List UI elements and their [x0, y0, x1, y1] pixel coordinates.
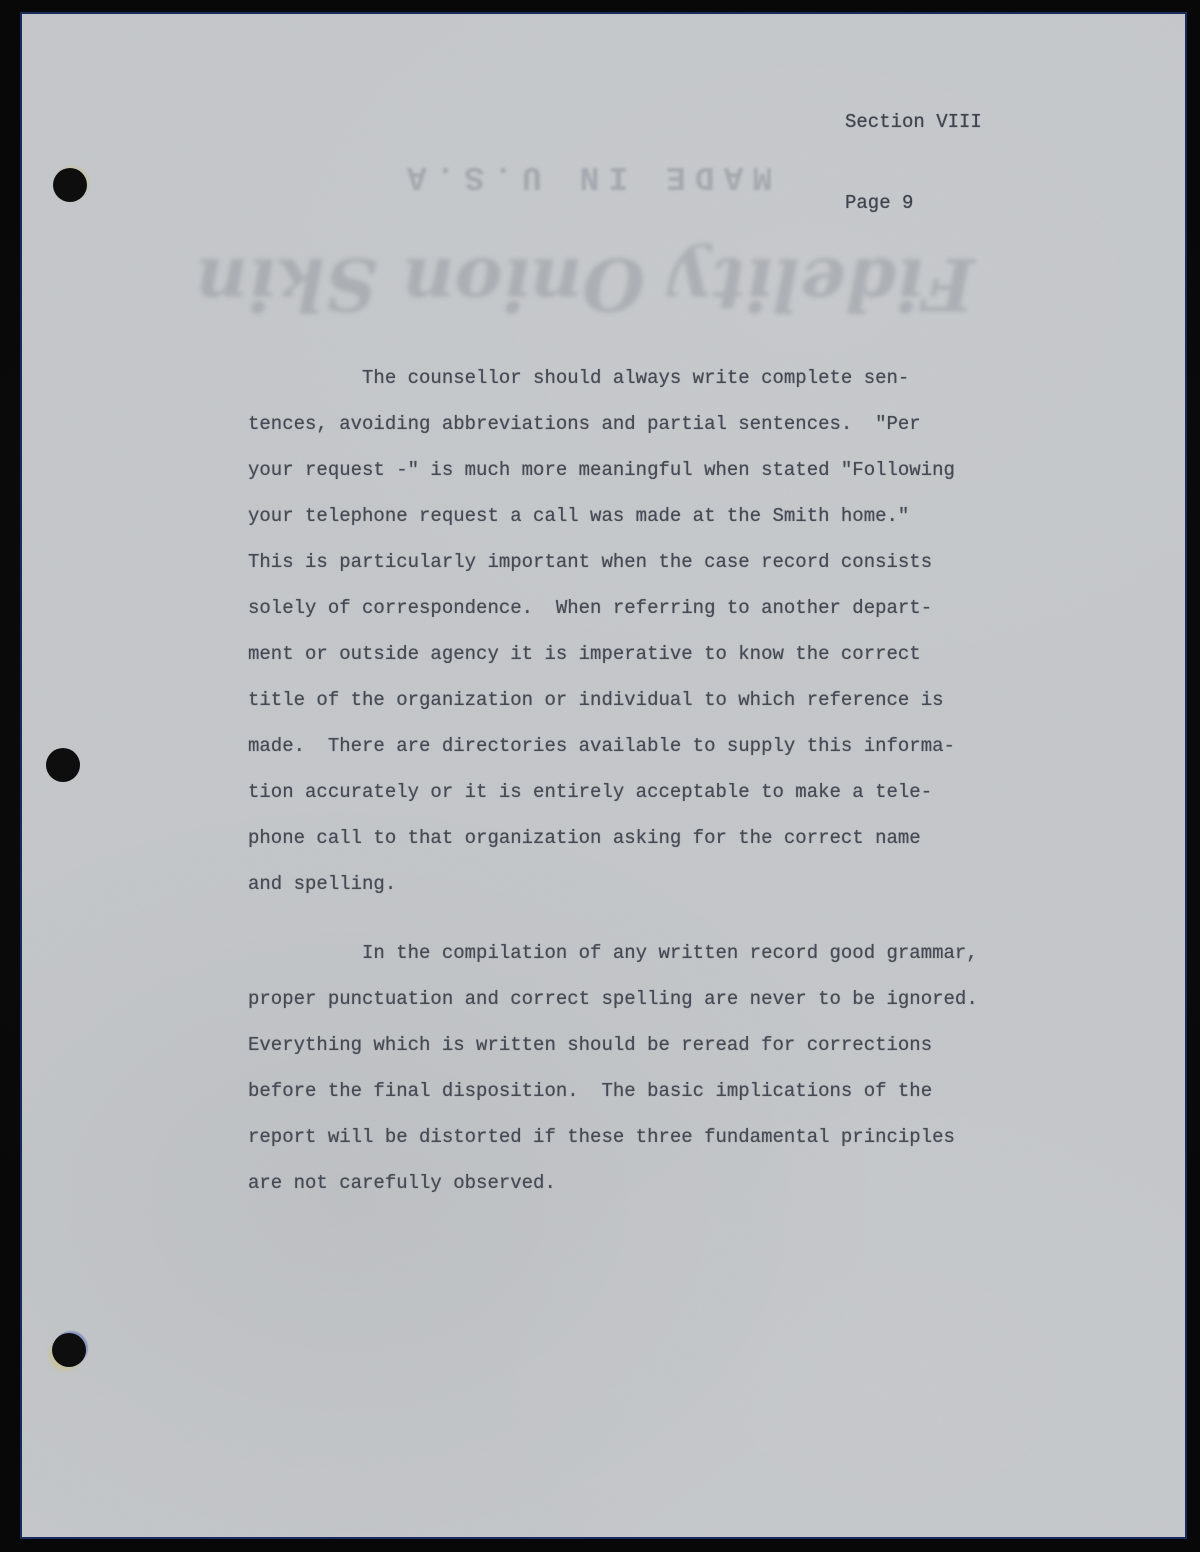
- text-line: are not carefully observed.: [248, 1160, 978, 1206]
- paragraph-2: In the compilation of any written record…: [248, 930, 978, 1206]
- text-line: proper punctuation and correct spelling …: [248, 976, 978, 1022]
- watermark-made-in-usa: MADE IN U.S.A: [385, 158, 785, 195]
- section-label: Section VIII: [845, 109, 982, 136]
- scanner-background: Section VIII Page 9 MADE IN U.S.A Fideli…: [0, 0, 1200, 1552]
- text-line: your request -" is much more meaningful …: [248, 447, 978, 493]
- punch-hole-middle: [46, 748, 80, 782]
- text-line: In the compilation of any written record…: [248, 930, 978, 976]
- text-line: tences, avoiding abbreviations and parti…: [248, 401, 978, 447]
- punch-hole-bottom: [52, 1333, 86, 1367]
- paragraph-1: The counsellor should always write compl…: [248, 355, 978, 907]
- text-line: This is particularly important when the …: [248, 539, 978, 585]
- text-line: Everything which is written should be re…: [248, 1022, 978, 1068]
- text-line: solely of correspondence. When referring…: [248, 585, 978, 631]
- text-line: report will be distorted if these three …: [248, 1114, 978, 1160]
- body-text: The counsellor should always write compl…: [248, 355, 978, 1206]
- page-number: Page 9: [845, 190, 982, 217]
- text-line: phone call to that organization asking f…: [248, 815, 978, 861]
- text-line: made. There are directories available to…: [248, 723, 978, 769]
- punch-hole-top: [53, 168, 87, 202]
- text-line: The counsellor should always write compl…: [248, 355, 978, 401]
- text-line: before the final disposition. The basic …: [248, 1068, 978, 1114]
- text-line: tion accurately or it is entirely accept…: [248, 769, 978, 815]
- text-line: your telephone request a call was made a…: [248, 493, 978, 539]
- text-line: ment or outside agency it is imperative …: [248, 631, 978, 677]
- page-header: Section VIII Page 9: [845, 55, 982, 271]
- text-line: title of the organization or individual …: [248, 677, 978, 723]
- text-line: and spelling.: [248, 861, 978, 907]
- document-page: Section VIII Page 9 MADE IN U.S.A Fideli…: [22, 14, 1185, 1537]
